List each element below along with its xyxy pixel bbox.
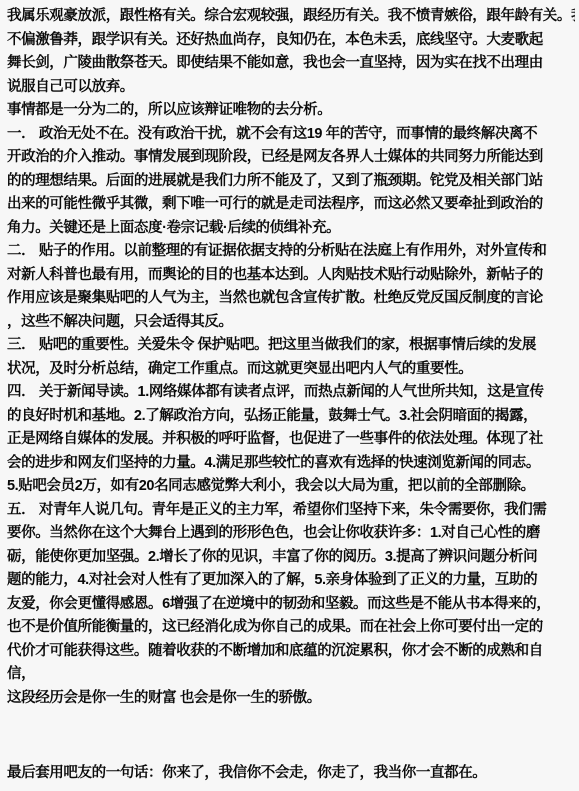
- paragraph-thesis: 事情都是一分为二的，所以应该辩证唯物的去分析。: [7, 99, 575, 123]
- paragraph-point-2-posts: 二． 贴子的作用。以前整理的有证据依据支持的分析贴在法庭上有作用外，对外宣传和对…: [7, 240, 575, 334]
- text-line: 二． 贴子的作用。以前整理的有证据依据支持的分析贴在法庭上有作用外，对外宣传和: [7, 240, 575, 264]
- text-line: 一． 政治无处不在。没有政治干扰，就不会有这19 年的苦守，而事情的最终解决离不: [7, 123, 575, 147]
- text-line: 状况，及时分析总结，确定工作重点。而这就更突显出吧内人气的重要性。: [7, 358, 575, 382]
- text-line: 会的进步和网友们坚持的力量。4.满足那些较忙的喜欢有选择的快速浏览新闻的同志。: [7, 452, 575, 476]
- paragraph-point-5-youth: 五． 对青年人说几句。青年是正义的主力军，希望你们坚持下来，朱令需要你，我们需要…: [7, 499, 575, 711]
- text-line: 舞长剑，广陵曲散祭苍天。即使结果不能如意，我也会一直坚持，因为实在找不出理由: [7, 52, 575, 76]
- text-line: 友爱，你会更懂得感恩。6增强了在逆境中的韧劲和坚毅。而这些是不能从书本得来的，: [7, 593, 575, 617]
- paragraph-point-4-news: 四． 关于新闻导读。1.网络媒体都有读者点评，而热点新闻的人气世所共知，这是宣传…: [7, 381, 575, 499]
- text-line: 五． 对青年人说几句。青年是正义的主力军，希望你们坚持下来，朱令需要你，我们需: [7, 499, 575, 523]
- text-line: 出来的可能性微乎其微，剩下唯一可行的就是走司法程序，而这必然又要牵扯到政治的: [7, 193, 575, 217]
- text-line: 正是网络自媒体的发展。并积极的呼吁监督，也促进了一些事件的依法处理。体现了社: [7, 428, 575, 452]
- paragraph-point-3-tieba: 三． 贴吧的重要性。关爱朱令 保护贴吧。把这里当做我们的家，根据事情后续的发展状…: [7, 334, 575, 381]
- text-line: 对新人科普也最有用，而舆论的目的也基本达到。人肉贴技术贴行动贴除外，新帖子的: [7, 264, 575, 288]
- text-line: 代价才可能获得这些。随着收获的不断增加和底蕴的沉淀累积，你才会不断的成熟和自: [7, 640, 575, 664]
- text-line: 四． 关于新闻导读。1.网络媒体都有读者点评，而热点新闻的人气世所共知，这是宣传: [7, 381, 575, 405]
- text-line: 题的能力，4.对社会对人性有了更加深入的了解，5.亲身体验到了正义的力量，互助的: [7, 569, 575, 593]
- document-page: 我属乐观豪放派，跟性格有关。综合宏观较强，跟经历有关。我不愤青嫉俗，跟年龄有关。…: [0, 0, 579, 791]
- text-line: 要你。当然你在这个大舞台上遇到的形形色色，也会让你收获许多：1.对自己心性的磨: [7, 522, 575, 546]
- text-line: 砺，能使你更加坚强。2.增长了你的见识，丰富了你的阅历。3.提高了辨识问题分析问: [7, 546, 575, 570]
- post-paragraphs: 我属乐观豪放派，跟性格有关。综合宏观较强，跟经历有关。我不愤青嫉俗，跟年龄有关。…: [7, 5, 575, 710]
- text-line: 的的理想结果。后面的进展就是我们力所不能及了，又到了瓶颈期。铊党及相关部门站: [7, 170, 575, 194]
- text-line: 开政治的介入推动。事情发展到现阶段，已经是网友各界人士媒体的共同努力所能达到: [7, 146, 575, 170]
- text-line: 信，: [7, 663, 575, 687]
- text-line: 也不是价值所能衡量的，这已经消化成为你自己的成果。而在社会上你可要付出一定的: [7, 616, 575, 640]
- text-line: 事情都是一分为二的，所以应该辩证唯物的去分析。: [7, 99, 575, 123]
- text-line: 的良好时机和基地。2.了解政治方向，弘扬正能量，鼓舞士气。3.社会阴暗面的揭露，: [7, 405, 575, 429]
- text-line: 角力。关键还是上面态度·卷宗记载·后续的侦缉补充。: [7, 217, 575, 241]
- closing-line: 最后套用吧友的一句话：你来了，我信你不会走，你走了，我当你一直都在。: [7, 762, 575, 786]
- text-line: 不偏激鲁莽，跟学识有关。还好热血尚存，良知仍在，本色未丢，底线坚守。大麦歌起: [7, 29, 575, 53]
- text-line: 我属乐观豪放派，跟性格有关。综合宏观较强，跟经历有关。我不愤青嫉俗，跟年龄有关。…: [7, 5, 575, 29]
- text-line: 这段经历会是你一生的财富 也会是你一生的骄傲。: [7, 687, 575, 711]
- paragraph-point-1-politics: 一． 政治无处不在。没有政治干扰，就不会有这19 年的苦守，而事情的最终解决离不…: [7, 123, 575, 241]
- text-line: 三． 贴吧的重要性。关爱朱令 保护贴吧。把这里当做我们的家，根据事情后续的发展: [7, 334, 575, 358]
- text-line: 说服自己可以放弃。: [7, 76, 575, 100]
- text-line: 作用应该是聚集贴吧的人气为主，当然也就包含宣传扩散。杜绝反党反国反制度的言论: [7, 287, 575, 311]
- text-line: ，这些不解决问题，只会适得其反。: [7, 311, 575, 335]
- text-line: 5.贴吧会员2万，如有20名同志感觉弊大利小，我会以大局为重，把以前的全部删除。: [7, 475, 575, 499]
- paragraph-intro: 我属乐观豪放派，跟性格有关。综合宏观较强，跟经历有关。我不愤青嫉俗，跟年龄有关。…: [7, 5, 575, 99]
